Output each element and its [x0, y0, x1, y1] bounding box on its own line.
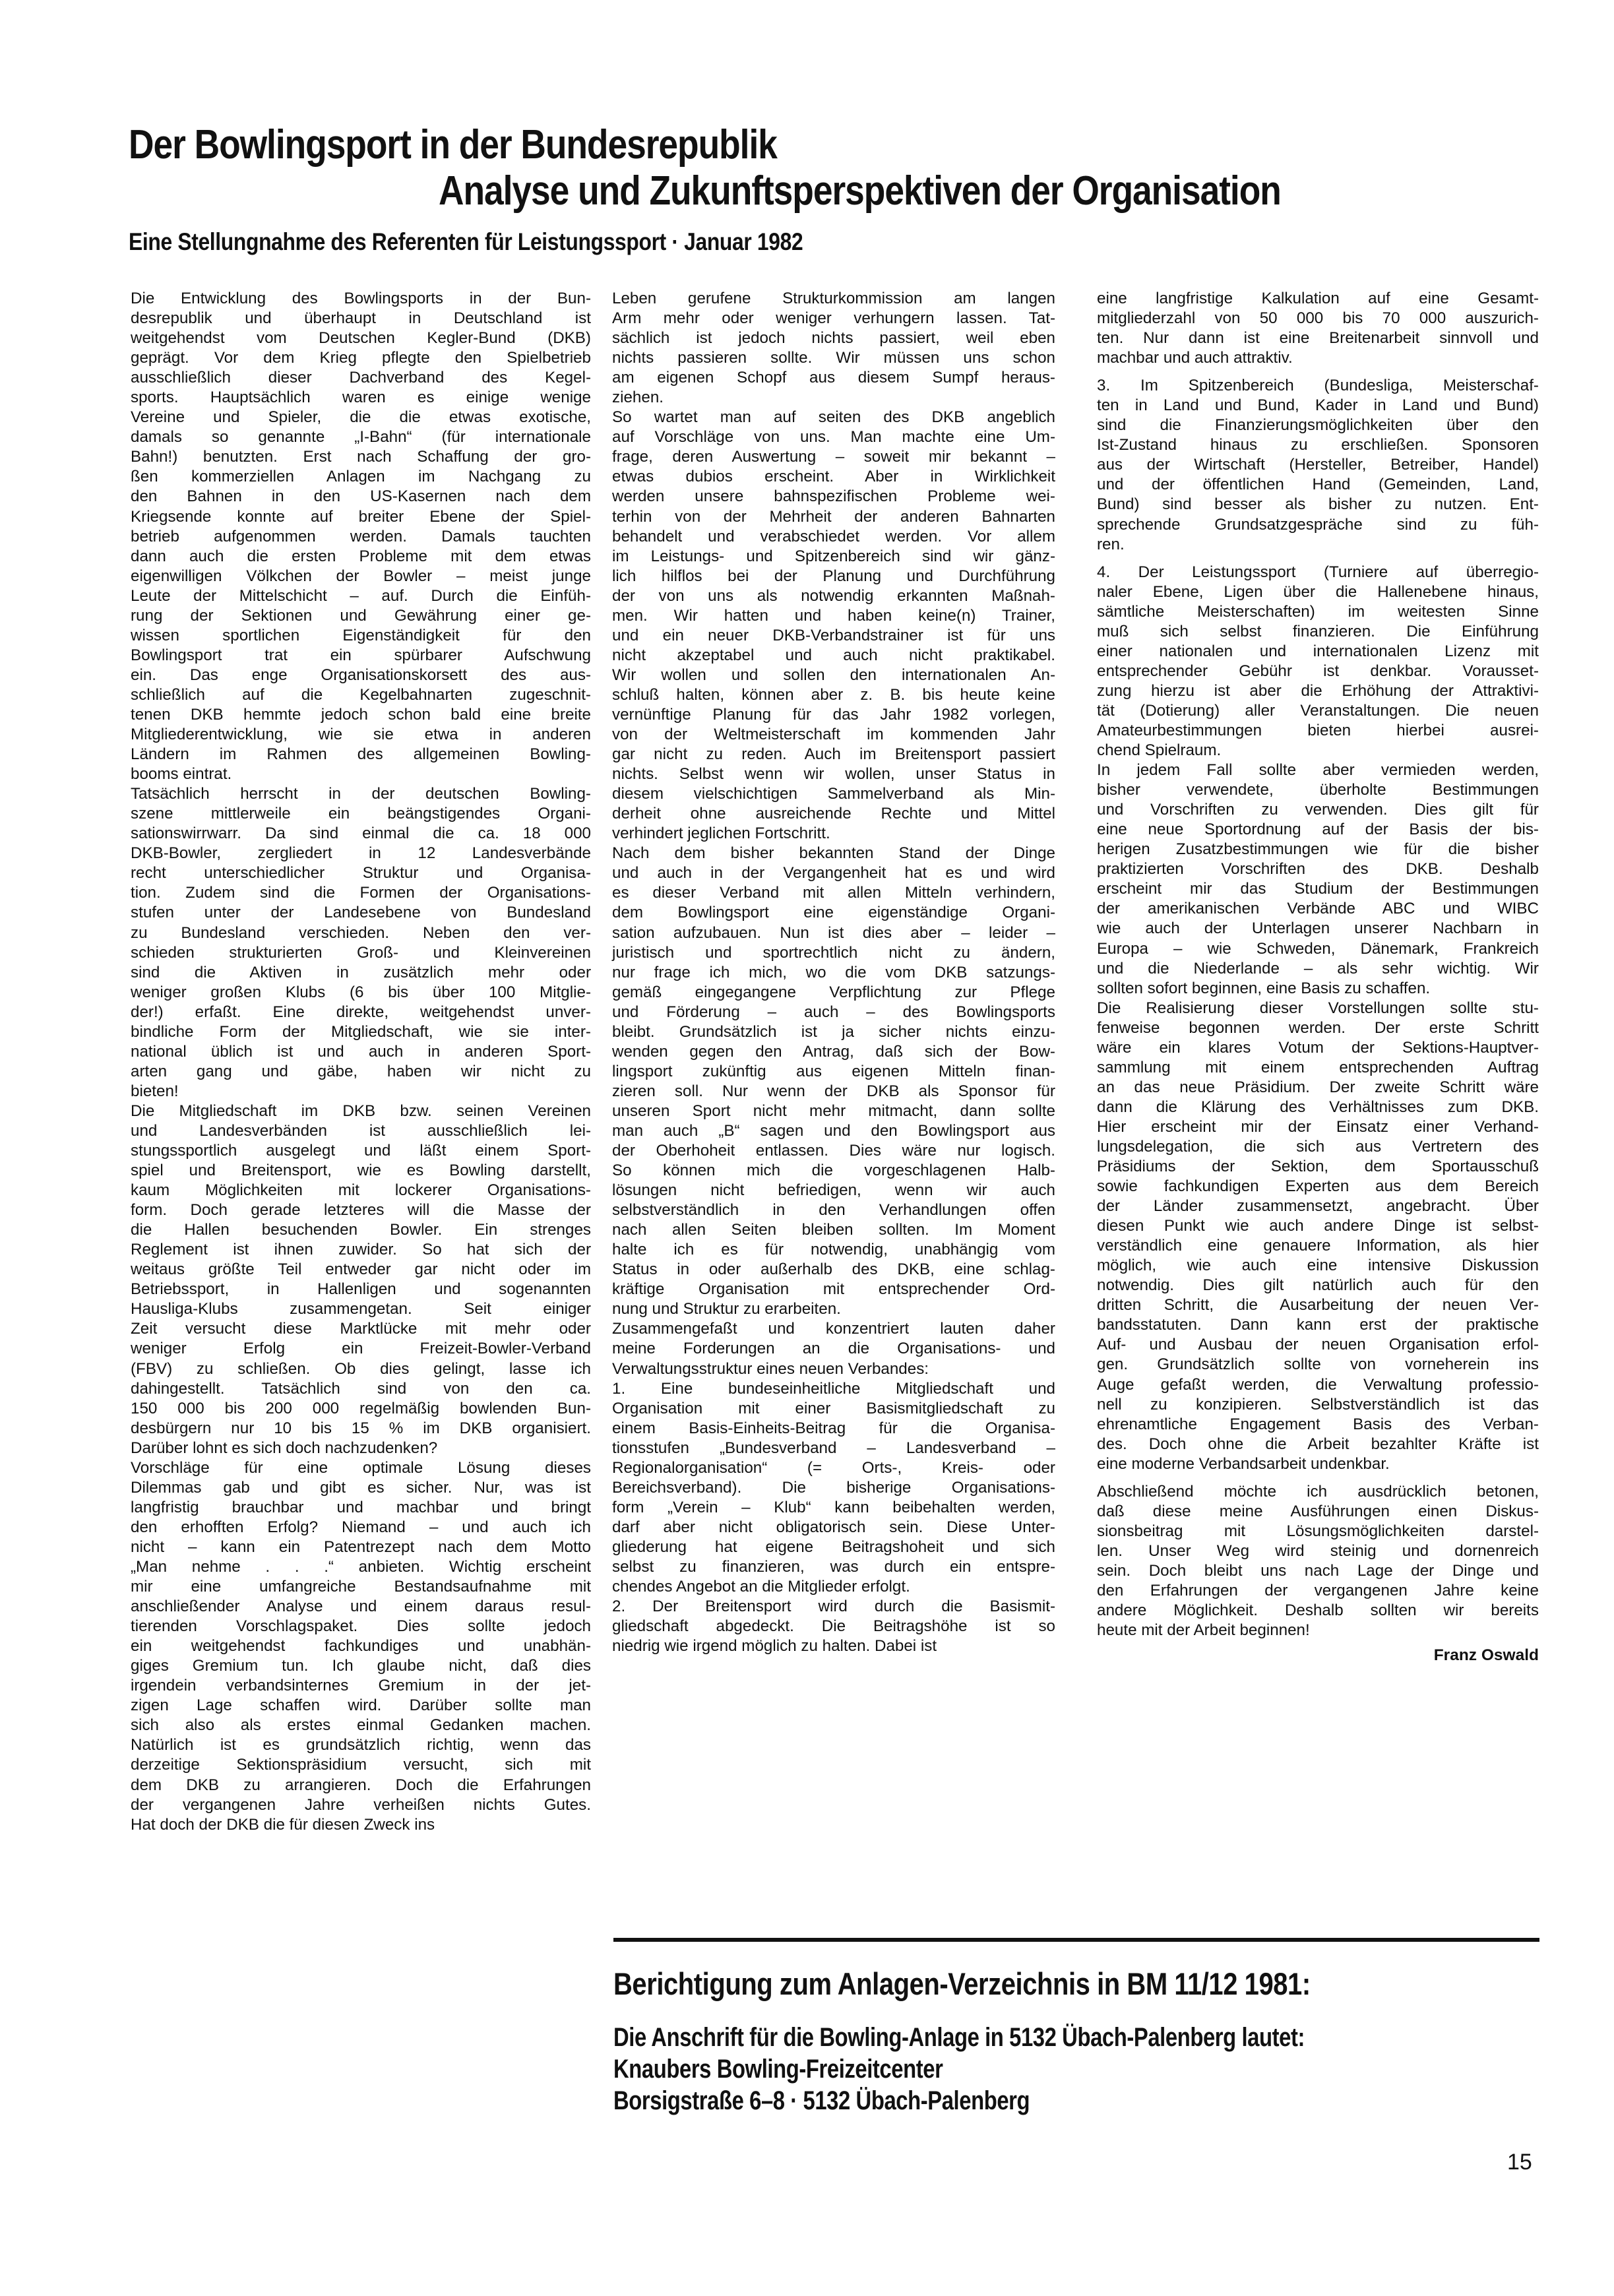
text-line: Regionalorganisation“ (= Orts-, Kreis- o…	[612, 1458, 1055, 1478]
text-line: lingsport zukünftig aus eigenen Mitteln …	[612, 1062, 1055, 1082]
text-line: Bereichsverband). Die bisherige Organisa…	[612, 1478, 1055, 1498]
text-line: tenen DKB hemmte jedoch schon bald eine …	[131, 705, 591, 725]
text-line: kaum Möglichkeiten mit lockerer Organisa…	[131, 1181, 591, 1200]
text-line: derheit ohne ausreichende Rechte und Mit…	[612, 804, 1055, 824]
text-line: 4. Der Leistungssport (Turniere auf über…	[1097, 563, 1539, 582]
text-line: schluß halten, können aber z. B. bis heu…	[612, 685, 1055, 705]
text-line: frage, deren Auswertung – soweit mir bek…	[612, 447, 1055, 467]
text-line: gliedschaft abgedeckt. Die Beitragshöhe …	[612, 1617, 1055, 1636]
text-line: dann auch die ersten Probleme mit dem et…	[131, 547, 591, 567]
text-line: Tatsächlich herrscht in der deutschen Bo…	[131, 784, 591, 804]
text-line: zigen Lage schaffen wird. Darüber sollte…	[131, 1696, 591, 1716]
text-line: (FBV) zu schließen. Ob dies gelingt, las…	[131, 1359, 591, 1379]
text-line: und auch in der Vergangenheit hat es und…	[612, 863, 1055, 883]
text-line: sächlich ist jedoch nichts passiert, wei…	[612, 328, 1055, 348]
text-line: an das neue Präsidium. Der zweite Schrit…	[1097, 1078, 1539, 1098]
article-column-3: eine langfristige Kalkulation auf eine G…	[1097, 289, 1539, 1665]
article-subtitle: Eine Stellungnahme des Referenten für Le…	[129, 228, 803, 257]
text-line: werden unsere bahnspezifischen Probleme …	[612, 487, 1055, 507]
text-line: es dieser Verband mit allen Mitteln verh…	[612, 883, 1055, 903]
text-line: dem DKB zu arrangieren. Doch die Erfahru…	[131, 1776, 591, 1795]
text-line: die Hallen besuchenden Bowler. Ein stren…	[131, 1220, 591, 1240]
text-line: Reglement ist ihnen zuwider. So hat sich…	[131, 1240, 591, 1260]
text-line: halte ich es für notwendig, unabhängig v…	[612, 1240, 1055, 1260]
text-line: ehrenamtliche Engagement Basis des Verba…	[1097, 1415, 1539, 1435]
text-line: schließlich auf die Kegelbahnarten zuges…	[131, 685, 591, 705]
text-line: Hier erscheint mir der Einsatz einer Ver…	[1097, 1117, 1539, 1137]
text-line: lungsdelegation, die sich aus Vertretern…	[1097, 1137, 1539, 1157]
text-line: Verwaltungsstruktur eines neuen Verbande…	[612, 1359, 1055, 1379]
text-line: men. Wir hatten und haben keine(n) Train…	[612, 606, 1055, 626]
text-line: bieten!	[131, 1082, 591, 1101]
text-line: form. Doch gerade letzteres will die Mas…	[131, 1200, 591, 1220]
text-line: nung und Struktur zu erarbeiten.	[612, 1299, 1055, 1319]
text-line: wäre ein klares Votum der Sektions-Haupt…	[1097, 1038, 1539, 1058]
text-line: sprechende Grundsatzgespräche sind zu fü…	[1097, 515, 1539, 535]
text-line: andere Möglichkeit. Deshalb sollten wir …	[1097, 1601, 1539, 1621]
text-line: Dilemmas gab und gibt es sicher. Nur, wa…	[131, 1478, 591, 1498]
text-line: Mitgliederentwicklung, wie sie etwa in a…	[131, 725, 591, 745]
text-line: giges Gremium tun. Ich glaube nicht, daß…	[131, 1656, 591, 1676]
text-line: der Oberhoheit entlassen. Dies wäre nur …	[612, 1141, 1055, 1161]
text-line: national üblich ist und auch in anderen …	[131, 1042, 591, 1062]
text-line: bindliche Form der Mitgliedschaft, wie s…	[131, 1022, 591, 1042]
text-line: der von uns als notwendig erkannten Maßn…	[612, 586, 1055, 606]
text-line: gen. Grundsätzlich sollte von vorneherei…	[1097, 1355, 1539, 1375]
text-line: tionsstufen „Bundesverband – Landesverba…	[612, 1439, 1055, 1458]
text-line: etwas dubios erscheint. Aber in Wirklich…	[612, 467, 1055, 487]
text-line: diesen Punkt wie auch andere Dinge ist s…	[1097, 1216, 1539, 1236]
text-line: muß sich selbst finanzieren. Die Einführ…	[1097, 622, 1539, 642]
text-line: nach allen Seiten bleiben sollten. Im Mo…	[612, 1220, 1055, 1240]
text-line: sein. Doch bleibt uns nach Lage der Ding…	[1097, 1561, 1539, 1581]
text-line: Die Entwicklung des Bowlingsports in der…	[131, 289, 591, 309]
correction-line-venue-name: Knaubers Bowling-Freizeitcenter	[613, 2053, 943, 2085]
text-line: geprägt. Vor dem Krieg pflegte den Spiel…	[131, 348, 591, 368]
text-line: heute mit der Arbeit beginnen!	[1097, 1621, 1539, 1640]
text-line: und Förderung – auch – des Bowlingsports	[612, 1003, 1055, 1022]
text-line: nur frage ich mich, wo die vom DKB satzu…	[612, 963, 1055, 983]
text-line: weniger großen Klubs (6 bis über 100 Mit…	[131, 983, 591, 1003]
text-line: lösungen nicht befriedigen, wenn wir auc…	[612, 1181, 1055, 1200]
text-line: 2. Der Breitensport wird durch die Basis…	[612, 1597, 1055, 1617]
text-line: Arm mehr oder weniger verhungern lassen.…	[612, 309, 1055, 328]
text-line: Natürlich ist es grundsätzlich richtig, …	[131, 1735, 591, 1755]
text-line: unseren Sport nicht mehr mitmacht, dann …	[612, 1101, 1055, 1121]
text-line: Leben gerufene Strukturkommission am lan…	[612, 289, 1055, 309]
text-line: herigen Zusatzbestimmungen wie für die b…	[1097, 840, 1539, 859]
text-line: nicht akzeptabel und auch nicht praktika…	[612, 646, 1055, 666]
text-line: szene mittlerweile ein beängstigendes Or…	[131, 804, 591, 824]
text-line: arten gang und gäbe, haben wir nicht zu	[131, 1062, 591, 1082]
text-line: man auch „B“ sagen und den Bowlingsport …	[612, 1121, 1055, 1141]
text-line: So können mich die vorgeschlagenen Halb-	[612, 1161, 1055, 1181]
text-line: dem Bowlingsport eine eigenständige Orga…	[612, 903, 1055, 923]
text-line: 3. Im Spitzenbereich (Bundesliga, Meiste…	[1097, 376, 1539, 396]
text-line: sämtliche Meisterschaften) im weitesten …	[1097, 602, 1539, 622]
author-signature: Franz Oswald	[1097, 1646, 1539, 1665]
text-line: der!) erfaßt. Eine direkte, weitgehendst…	[131, 1003, 591, 1022]
text-line: Europa – wie Schweden, Dänemark, Frankre…	[1097, 939, 1539, 959]
text-line: nell zu konzipieren. Selbstverständlich …	[1097, 1395, 1539, 1415]
text-line: sind die Finanzierungsmöglichkeiten über…	[1097, 416, 1539, 435]
text-line: kräftige Organisation mit entsprechender…	[612, 1280, 1055, 1299]
text-line: diesem vielschichtigen Sammelverband als…	[612, 784, 1055, 804]
text-line: Die Realisierung dieser Vorstellungen so…	[1097, 999, 1539, 1018]
text-line: schieden strukturierten Groß- und Kleinv…	[131, 943, 591, 963]
text-line: Bund) sind besser als bisher zu nutzen. …	[1097, 495, 1539, 514]
text-line: len. Unser Weg wird steinig und dornenre…	[1097, 1541, 1539, 1561]
text-line: nichts passieren sollte. Wir müssen uns …	[612, 348, 1055, 368]
text-line: Vereine und Spieler, die die etwas exoti…	[131, 408, 591, 427]
text-line: Auge gefaßt werden, die Verwaltung profe…	[1097, 1375, 1539, 1395]
text-line: 150 000 bis 200 000 regelmäßig bowlenden…	[131, 1399, 591, 1419]
text-line: weitgehendst vom Deutschen Kegler-Bund (…	[131, 328, 591, 348]
text-line: Zusammengefaßt und konzentriert lauten d…	[612, 1319, 1055, 1339]
text-line: naler Ebene, Ligen über die Hallenebene …	[1097, 582, 1539, 602]
text-line: eine moderne Verbandsarbeit undenkbar.	[1097, 1454, 1539, 1474]
text-line: dahingestellt. Tatsächlich sind von den …	[131, 1379, 591, 1399]
text-line: zung hierzu ist aber die Erhöhung der At…	[1097, 681, 1539, 701]
text-line: einer nationalen und internationalen Liz…	[1097, 642, 1539, 662]
text-line: behandelt und verabschiedet werden. Vor …	[612, 527, 1055, 547]
text-line: desbürgern nur 10 bis 15 % im DKB organi…	[131, 1419, 591, 1439]
text-line: 1. Eine bundeseinheitliche Mitgliedschaf…	[612, 1379, 1055, 1399]
text-line: nicht – kann ein Patentrezept nach dem M…	[131, 1537, 591, 1557]
text-line: wie auch der Unterlagen unserer Nachbarn…	[1097, 919, 1539, 939]
text-line: weitaus größte Teil entweder gar nicht o…	[131, 1260, 591, 1280]
text-line: selbstverständlich in den Verhandlungen …	[612, 1200, 1055, 1220]
text-line: Präsidiums der Sektion, dem Sportausschu…	[1097, 1157, 1539, 1177]
article-title-line-2: Analyse und Zukunftsperspektiven der Org…	[439, 168, 1281, 214]
text-line: mir eine umfangreiche Bestandsaufnahme m…	[131, 1577, 591, 1597]
text-line: erscheint mir das Studium der Bestimmung…	[1097, 879, 1539, 899]
text-line: stufen unter der Landesebene von Bundesl…	[131, 903, 591, 923]
text-line: mitgliederzahl von 50 000 bis 70 000 aus…	[1097, 309, 1539, 328]
text-line: der amerikanischen Verbände ABC und WIBC	[1097, 899, 1539, 919]
text-line: So wartet man auf seiten des DKB angebli…	[612, 408, 1055, 427]
text-line: dann die Klärung des Verhältnisses zum D…	[1097, 1098, 1539, 1117]
text-line: fenweise begonnen werden. Der erste Schr…	[1097, 1018, 1539, 1038]
text-line: eine langfristige Kalkulation auf eine G…	[1097, 289, 1539, 309]
text-line: im Leistungs- und Spitzenbereich sind wi…	[612, 547, 1055, 567]
text-line: ten in Land und Bund, Kader in Land und …	[1097, 396, 1539, 416]
text-line: Kriegsende konnte auf breiter Ebene der …	[131, 507, 591, 527]
text-line: eine neue Sportordnung auf der Basis der…	[1097, 820, 1539, 840]
correction-line-street-address: Borsigstraße 6–8 · 5132 Übach-Palenberg	[613, 2085, 1030, 2117]
text-line: sind die Aktiven in zusätzlich mehr oder	[131, 963, 591, 983]
text-line: booms eintrat.	[131, 764, 591, 784]
text-line: der vergangenen Jahre verheißen nichts G…	[131, 1795, 591, 1815]
article-title-line-1: Der Bowlingsport in der Bundesrepublik	[129, 122, 777, 168]
text-line: sationswirrwarr. Da sind einmal die ca. …	[131, 824, 591, 844]
text-line: Nach dem bisher bekannten Stand der Ding…	[612, 844, 1055, 863]
text-line: machbar und auch attraktiv.	[1097, 348, 1539, 368]
text-line: verhindert jeglichen Fortschritt.	[612, 824, 1055, 844]
text-line: anschließender Analyse und einem daraus …	[131, 1597, 591, 1617]
text-line: weniger Erfolg ein Freizeit-Bowler-Verba…	[131, 1339, 591, 1359]
text-line: möglich, wie auch eine intensive Diskuss…	[1097, 1256, 1539, 1276]
text-line: Bahn!) benutzten. Erst nach Schaffung de…	[131, 447, 591, 467]
text-line: Abschließend möchte ich ausdrücklich bet…	[1097, 1482, 1539, 1502]
text-line: entsprechender Gebühr ist denkbar. Vorau…	[1097, 662, 1539, 681]
text-line: sionsbeitrag mit Lösungsmöglichkeiten da…	[1097, 1522, 1539, 1541]
text-line: In jedem Fall sollte aber vermieden werd…	[1097, 760, 1539, 780]
text-line: „Man nehme . . .“ anbieten. Wichtig ersc…	[131, 1557, 591, 1577]
text-line: gliederung hat eigene Beitragshoheit und…	[612, 1537, 1055, 1557]
text-line: bisher verwendete, überholte Bestimmunge…	[1097, 780, 1539, 800]
text-line: derzeitige Sektionspräsidium versucht, s…	[131, 1755, 591, 1775]
text-line: zieren soll. Nur wenn der DKB als Sponso…	[612, 1082, 1055, 1101]
text-line: notwendig. Dies gilt natürlich auch für …	[1097, 1276, 1539, 1295]
text-line: verständlich eine genauere Information, …	[1097, 1236, 1539, 1256]
text-line: Amateurbestimmungen bieten hierbei ausre…	[1097, 721, 1539, 741]
text-line: Bowlingsport trat ein spürbarer Aufschwu…	[131, 646, 591, 666]
text-line: chendes Angebot an die Mitglieder erfolg…	[612, 1577, 1055, 1597]
text-line: und der öffentlichen Hand (Gemeinden, La…	[1097, 475, 1539, 495]
text-line: betrieb aufgenommen werden. Damals tauch…	[131, 527, 591, 547]
text-line: am eigenen Schopf aus diesem Sumpf herau…	[612, 368, 1055, 388]
text-line: des. Doch ohne die Arbeit bezahlter Kräf…	[1097, 1435, 1539, 1454]
text-line: sammlung mit einem entsprechenden Auftra…	[1097, 1058, 1539, 1078]
text-line: wissen sportlichen Eigenständigkeit für …	[131, 626, 591, 646]
text-line: bandsstatuten. Dann kann erst der prakti…	[1097, 1315, 1539, 1335]
text-line: daß diese meine Ausführungen einen Disku…	[1097, 1502, 1539, 1522]
text-line: den erhofften Erfolg? Niemand – und auch…	[131, 1518, 591, 1537]
text-line: niedrig wie irgend möglich zu halten. Da…	[612, 1636, 1055, 1656]
text-line: Hausliga-Klubs zusammengetan. Seit einig…	[131, 1299, 591, 1319]
text-line: Darüber lohnt es sich doch nachzudenken?	[131, 1439, 591, 1458]
text-line: Hat doch der DKB die für diesen Zweck in…	[131, 1815, 591, 1835]
text-line: aus der Wirtschaft (Hersteller, Betreibe…	[1097, 455, 1539, 475]
text-line: spiel und Breitensport, wie es Bowling d…	[131, 1161, 591, 1181]
text-line: sports. Hauptsächlich waren es einige we…	[131, 388, 591, 408]
text-line: bleibt. Grundsätzlich ist ja sicher nich…	[612, 1022, 1055, 1042]
text-line: Ist-Zustand hinaus zu erschließen. Spons…	[1097, 435, 1539, 455]
text-line: ein. Das enge Organisationskorsett des a…	[131, 666, 591, 685]
text-line: desrepublik und überhaupt in Deutschland…	[131, 309, 591, 328]
text-line: ßen kommerziellen Anlagen im Nachgang zu	[131, 467, 591, 487]
text-line: stungssportlich ausgelegt und läßt einem…	[131, 1141, 591, 1161]
text-line: den Bahnen in den US-Kasernen nach dem	[131, 487, 591, 507]
text-line: und Landesverbänden ist ausschließlich l…	[131, 1121, 591, 1141]
page-number: 15	[1507, 2149, 1532, 2175]
text-line: darf aber nicht obligatorisch sein. Dies…	[612, 1518, 1055, 1537]
text-line: dritten Schritt, die Ausarbeitung der ne…	[1097, 1295, 1539, 1315]
text-line: und die Niederlande – als sehr wichtig. …	[1097, 959, 1539, 979]
text-line: zu Bundesland verschieden. Neben den ver…	[131, 923, 591, 943]
text-line: Zeit versucht diese Marktlücke mit mehr …	[131, 1319, 591, 1339]
text-line: Die Mitgliedschaft im DKB bzw. seinen Ve…	[131, 1101, 591, 1121]
text-line: sollten sofort beginnen, eine Basis zu s…	[1097, 979, 1539, 999]
text-line: sich also als erstes einmal Gedanken mac…	[131, 1716, 591, 1735]
text-line: ziehen.	[612, 388, 1055, 408]
text-line: meine Forderungen an die Organisations- …	[612, 1339, 1055, 1359]
text-line: und Vorschriften zu verwenden. Dies gilt…	[1097, 800, 1539, 820]
text-line: Wir wollen und sollen den internationale…	[612, 666, 1055, 685]
text-line: sation aufzubauen. Nun ist dies aber – l…	[612, 923, 1055, 943]
text-line: auf Vorschläge von uns. Man machte eine …	[612, 427, 1055, 447]
text-line: Auf- und Ausbau der neuen Organisation e…	[1097, 1335, 1539, 1355]
text-line: einem Basis-Einheits-Beitrag für die Org…	[612, 1419, 1055, 1439]
text-line: DKB-Bowler, zergliedert in 12 Landesverb…	[131, 844, 591, 863]
text-line: tion. Zudem sind die Formen der Organisa…	[131, 883, 591, 903]
text-line: gar nicht zu reden. Auch im Breitensport…	[612, 745, 1055, 764]
text-line: Vorschläge für eine optimale Lösung dies…	[131, 1458, 591, 1478]
text-line: und ein neuer DKB-Verbandstrainer ist fü…	[612, 626, 1055, 646]
text-line: Organisation mit einer Basismitgliedscha…	[612, 1399, 1055, 1419]
article-column-1: Die Entwicklung des Bowlingsports in der…	[131, 289, 591, 1835]
text-line: terhin von der Mehrheit der anderen Bahn…	[612, 507, 1055, 527]
text-line: wenden gegen den Antrag, daß sich der Bo…	[612, 1042, 1055, 1062]
text-line: gemäß eingegangene Verpflichtung zur Pfl…	[612, 983, 1055, 1003]
text-line: Betriebssport, in Hallenligen und sogena…	[131, 1280, 591, 1299]
text-line: sowie fachkundigen Experten aus dem Bere…	[1097, 1177, 1539, 1196]
text-line: juristisch und sportrechtlich nicht zu ä…	[612, 943, 1055, 963]
text-line: selbst zu finanzieren, was durch ein ent…	[612, 1557, 1055, 1577]
text-line: Leute der Mittelschicht – auf. Durch die…	[131, 586, 591, 606]
text-line: ein weitgehendst fachkundiges und unabhä…	[131, 1636, 591, 1656]
text-line: Status in oder außerhalb des DKB, eine s…	[612, 1260, 1055, 1280]
section-divider-rule	[613, 1938, 1539, 1942]
text-line: den Erfahrungen der vergangenen Jahre ke…	[1097, 1581, 1539, 1601]
text-line: irgendein verbandsinternes Gremium in de…	[131, 1676, 591, 1696]
text-line: tät (Dotierung) aller Veranstaltungen. D…	[1097, 701, 1539, 721]
text-line: damals so genannte „I-Bahn“ (für interna…	[131, 427, 591, 447]
text-line: langfristig brauchbar und machbar und br…	[131, 1498, 591, 1518]
text-line: rung der Sektionen und Gewährung einer g…	[131, 606, 591, 626]
text-line: Ländern im Rahmen des allgemeinen Bowlin…	[131, 745, 591, 764]
text-line: der Länder zusammensetzt, angebracht. Üb…	[1097, 1196, 1539, 1216]
text-line: ausschließlich dieser Dachverband des Ke…	[131, 368, 591, 388]
correction-line-address-intro: Die Anschrift für die Bowling-Anlage in …	[613, 2022, 1305, 2053]
text-line: recht unterschiedlicher Struktur und Org…	[131, 863, 591, 883]
text-line: von der Weltmeisterschaft im kommenden J…	[612, 725, 1055, 745]
article-column-2: Leben gerufene Strukturkommission am lan…	[612, 289, 1055, 1656]
text-line: praktizierten Vorschriften des DKB. Desh…	[1097, 859, 1539, 879]
text-line: eigenwilligen Völkchen der Bowler – meis…	[131, 567, 591, 586]
correction-heading: Berichtigung zum Anlagen-Verzeichnis in …	[613, 1966, 1311, 2002]
text-line: nichts. Selbst wenn wir wollen, unser St…	[612, 764, 1055, 784]
text-line: chend Spielraum.	[1097, 741, 1539, 760]
text-line: ten. Nur dann ist eine Breitenarbeit sin…	[1097, 328, 1539, 348]
text-line: ren.	[1097, 535, 1539, 555]
text-line: form „Verein – Klub“ kann beibehalten we…	[612, 1498, 1055, 1518]
text-line: tierenden Vorschlagspaket. Dies sollte j…	[131, 1617, 591, 1636]
text-line: vernünftige Planung für das Jahr 1982 vo…	[612, 705, 1055, 725]
text-line: lich hilflos bei der Planung und Durchfü…	[612, 567, 1055, 586]
